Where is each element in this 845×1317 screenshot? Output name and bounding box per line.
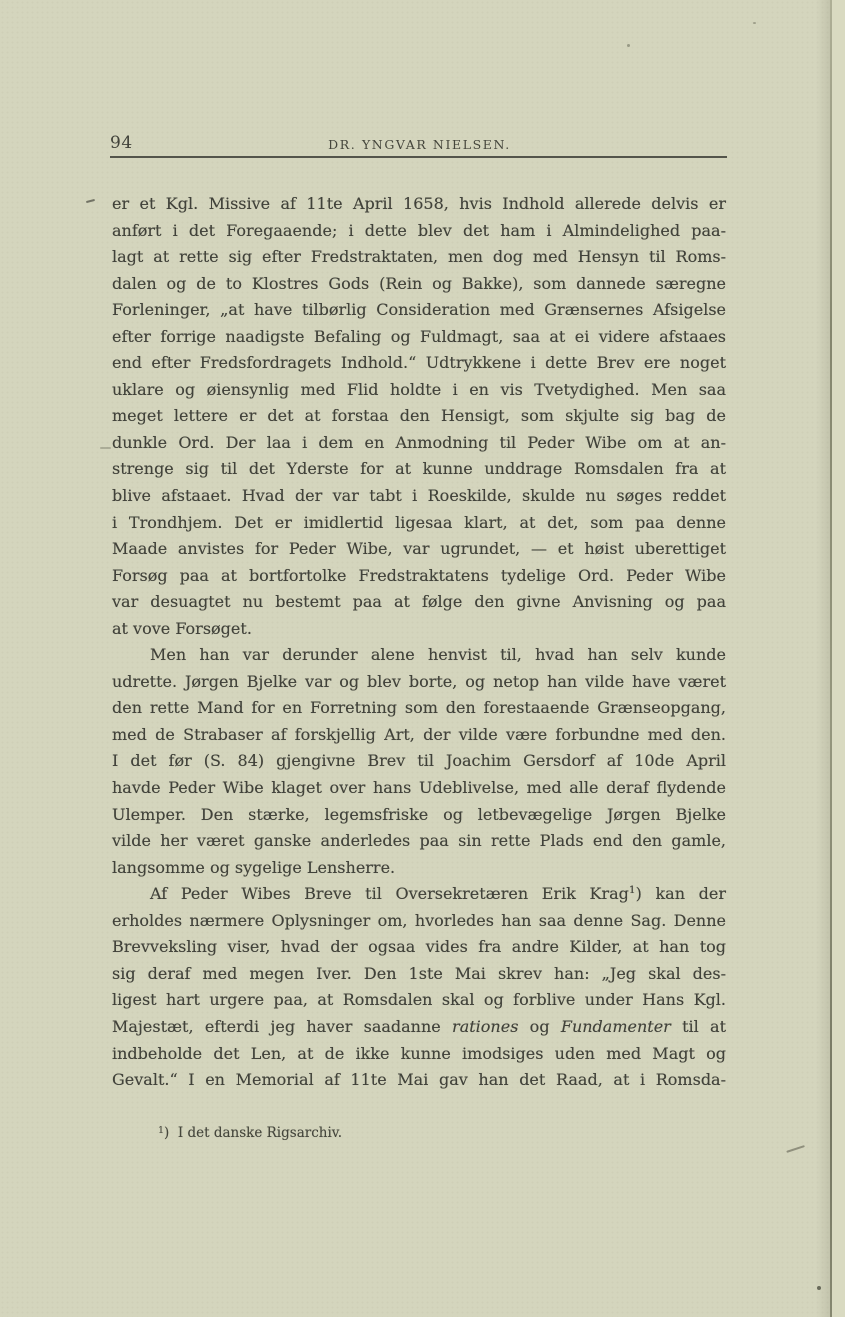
text-line: Maade anvistes for Peder Wibe, var ugrun… xyxy=(112,536,726,563)
text-line-paragraph-start: Men han var derunder alene henvist til, … xyxy=(112,642,726,669)
text-line: med de Strabaser af forskjellig Art, der… xyxy=(112,722,726,749)
text-line: efter forrige naadigste Befaling og Fuld… xyxy=(112,324,726,351)
running-header: DR. YNGVAR NIELSEN. xyxy=(112,137,727,152)
text-line: i Trondhjem. Det er imidlertid ligesaa k… xyxy=(112,510,726,537)
text-line: Brevveksling viser, hvad der ogsaa vides… xyxy=(112,934,726,961)
text-line: Forleninger, „at have tilbørlig Consider… xyxy=(112,297,726,324)
line-text: Majestæt, efterdi jeg haver saadanne xyxy=(112,1017,452,1036)
header-rule xyxy=(110,156,727,158)
paper-speck xyxy=(627,44,630,47)
faint-margin-mark xyxy=(100,447,111,449)
paper-scratch xyxy=(786,1145,805,1152)
text-line: lagt at rette sig efter Fredstraktaten, … xyxy=(112,244,726,271)
text-line: var desuagtet nu bestemt paa at følge de… xyxy=(112,589,726,616)
handwritten-margin-mark xyxy=(86,199,95,203)
text-line-paragraph-end: at vove Forsøget. xyxy=(112,616,726,643)
footnote: 1) I det danske Rigsarchiv. xyxy=(158,1125,342,1141)
text-line: Forsøg paa at bortfortolke Fredstraktate… xyxy=(112,563,726,590)
paper-speck xyxy=(753,22,756,24)
text-line: Majestæt, efterdi jeg haver saadanne rat… xyxy=(112,1014,726,1041)
page-edge-strip xyxy=(832,0,845,1317)
text-line: er et Kgl. Missive af 11te April 1658, h… xyxy=(112,191,726,218)
text-line: I det før (S. 84) gjengivne Brev til Joa… xyxy=(112,748,726,775)
footnote-reference: 1 xyxy=(629,884,636,896)
footnote-text: ) I det danske Rigsarchiv. xyxy=(164,1125,342,1141)
text-line: Gevalt.“ I en Memorial af 11te Mai gav h… xyxy=(112,1067,726,1094)
text-line: dunkle Ord. Der laa i dem en Anmodning t… xyxy=(112,430,726,457)
text-line: havde Peder Wibe klaget over hans Udebli… xyxy=(112,775,726,802)
text-line: end efter Fredsfordragets Indhold.“ Udtr… xyxy=(112,350,726,377)
latin-term: Fundamenter xyxy=(561,1017,671,1036)
text-line: den rette Mand for en Forretning som den… xyxy=(112,695,726,722)
text-line: dalen og de to Klostres Gods (Rein og Ba… xyxy=(112,271,726,298)
text-line: vilde her været ganske anderledes paa si… xyxy=(112,828,726,855)
text-line-paragraph-start: Af Peder Wibes Breve til Oversekretæren … xyxy=(112,881,726,908)
text-line: erholdes nærmere Oplysninger om, hvorled… xyxy=(112,908,726,935)
body-text: er et Kgl. Missive af 11te April 1658, h… xyxy=(112,191,726,1094)
text-line: anført i det Foregaaende; i dette blev d… xyxy=(112,218,726,245)
text-line: indbeholde det Len, at de ikke kunne imo… xyxy=(112,1041,726,1068)
text-line: udrette. Jørgen Bjelke var og blev borte… xyxy=(112,669,726,696)
line-text: til at xyxy=(671,1017,726,1036)
text-line: strenge sig til det Yderste for at kunne… xyxy=(112,456,726,483)
text-line-paragraph-end: langsomme og sygelige Lensherre. xyxy=(112,855,726,882)
text-line: uklare og øiensynlig med Flid holdte i e… xyxy=(112,377,726,404)
text-line: ligest hart urgere paa, at Romsdalen ska… xyxy=(112,987,726,1014)
line-text: og xyxy=(518,1017,560,1036)
paper-speck xyxy=(817,1286,821,1290)
text-line: meget lettere er det at forstaa den Hens… xyxy=(112,403,726,430)
text-line: Ulemper. Den stærke, legemsfriske og let… xyxy=(112,802,726,829)
line-text: Af Peder Wibes Breve til Oversekretæren … xyxy=(150,884,629,903)
latin-term: rationes xyxy=(452,1017,518,1036)
page-edge-shadow xyxy=(816,0,830,1317)
page-edge-line xyxy=(830,0,832,1317)
text-line: sig deraf med megen Iver. Den 1ste Mai s… xyxy=(112,961,726,988)
text-line: blive afstaaet. Hvad der var tabt i Roes… xyxy=(112,483,726,510)
line-text: ) kan der xyxy=(636,884,726,903)
